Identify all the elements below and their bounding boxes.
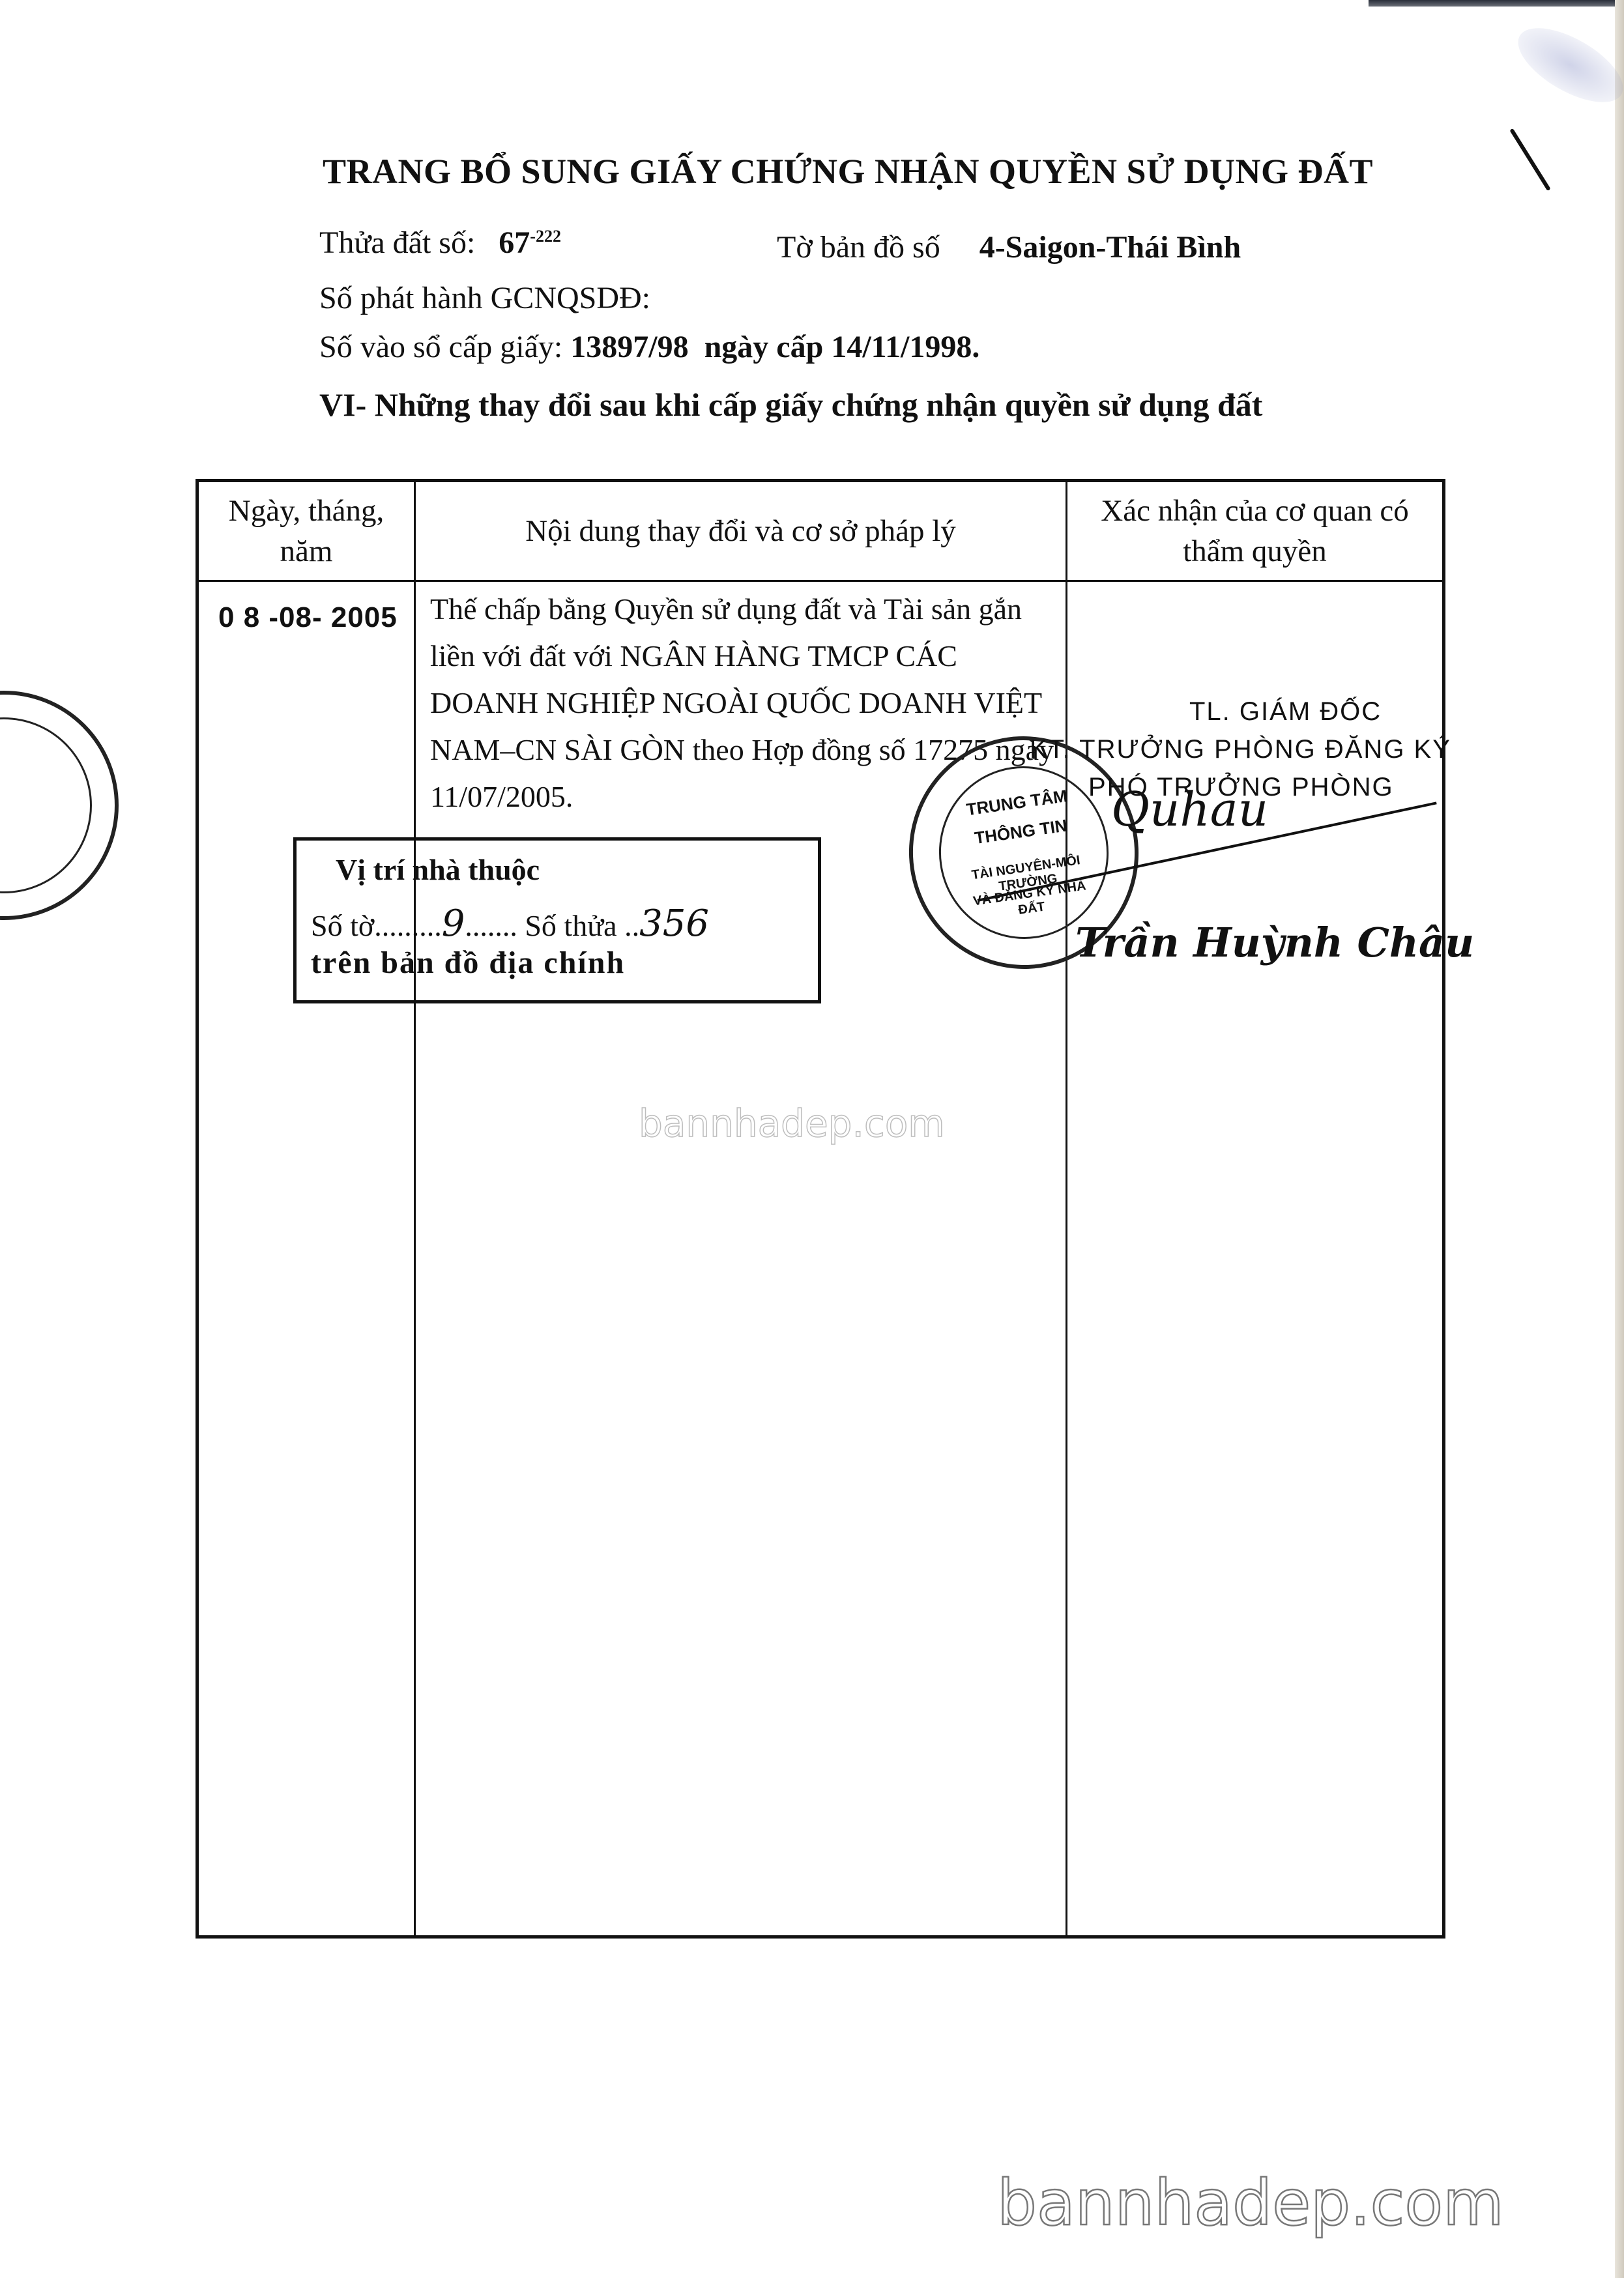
registry-date: 14/11/1998.: [831, 330, 979, 364]
location-stamp: Vị trí nhà thuộc Số tờ.........9....... …: [293, 837, 821, 1003]
location-sheet-parcel: Số tờ.........9....... Số thửa ..356: [311, 902, 709, 945]
parcel-label: Thửa đất số:: [319, 225, 475, 260]
header-date: Ngày, tháng, năm: [197, 481, 415, 581]
signer-name: Trần Huỳnh Châu: [1075, 919, 1474, 966]
map-sheet-field: Tờ bản đồ số 4-Saigon-Thái Bình: [777, 229, 1241, 265]
document-title: TRANG BỔ SUNG GIẤY CHỨNG NHẬN QUYỀN SỬ D…: [323, 151, 1373, 192]
row-date: 0 8 -08- 2005: [197, 581, 415, 1937]
sign-title-1: TL. GIÁM ĐỐC: [1189, 697, 1382, 727]
parcel-suffix: -222: [530, 227, 561, 246]
header-content: Nội dung thay đổi và cơ sở pháp lý: [415, 481, 1067, 581]
left-seal: [0, 691, 119, 920]
parcel-label-stamp: Số thửa: [525, 909, 616, 942]
location-title: Vị trí nhà thuộc: [336, 852, 540, 887]
watermark-bottom: bannhadep.com: [997, 2167, 1504, 2240]
location-footer: trên bản đồ địa chính: [311, 945, 625, 981]
sign-title-2: KT. TRƯỞNG PHÒNG ĐĂNG KÝ: [1030, 735, 1451, 764]
watermark-center: bannhadep.com: [639, 1101, 945, 1146]
handwritten-signature: Quhau: [1111, 782, 1268, 837]
issue-number-label: Số phát hành GCNQSDĐ:: [319, 281, 650, 315]
map-sheet-value: 4-Saigon-Thái Bình: [979, 230, 1241, 265]
header-confirmation: Xác nhận của cơ quan có thẩm quyền: [1067, 481, 1444, 581]
parcel-number-field: Thửa đất số: 67-222: [319, 225, 561, 261]
registry-label: Số vào sổ cấp giấy:: [319, 330, 562, 364]
map-sheet-label: Tờ bản đồ số: [777, 230, 940, 265]
scan-edge-right: [1615, 0, 1624, 2278]
registry-date-label: ngày cấp: [704, 330, 824, 364]
issue-number-field: Số phát hành GCNQSDĐ:: [319, 280, 650, 316]
section-heading: VI- Những thay đổi sau khi cấp giấy chứn…: [319, 386, 1262, 424]
sheet-value: 9: [442, 902, 465, 945]
scan-edge-top: [1369, 0, 1624, 7]
registry-field: Số vào sổ cấp giấy: 13897/98 ngày cấp 14…: [319, 329, 979, 365]
pen-mark: [1509, 128, 1550, 191]
registry-number: 13897/98: [570, 330, 688, 364]
left-seal-inner-ring: [0, 717, 92, 893]
ink-smudge: [1507, 13, 1624, 117]
parcel-number: 67: [499, 225, 530, 260]
sheet-label: Số tờ: [311, 909, 374, 942]
table-header-row: Ngày, tháng, năm Nội dung thay đổi và cơ…: [197, 481, 1444, 581]
parcel-value-stamp: 356: [639, 902, 709, 945]
